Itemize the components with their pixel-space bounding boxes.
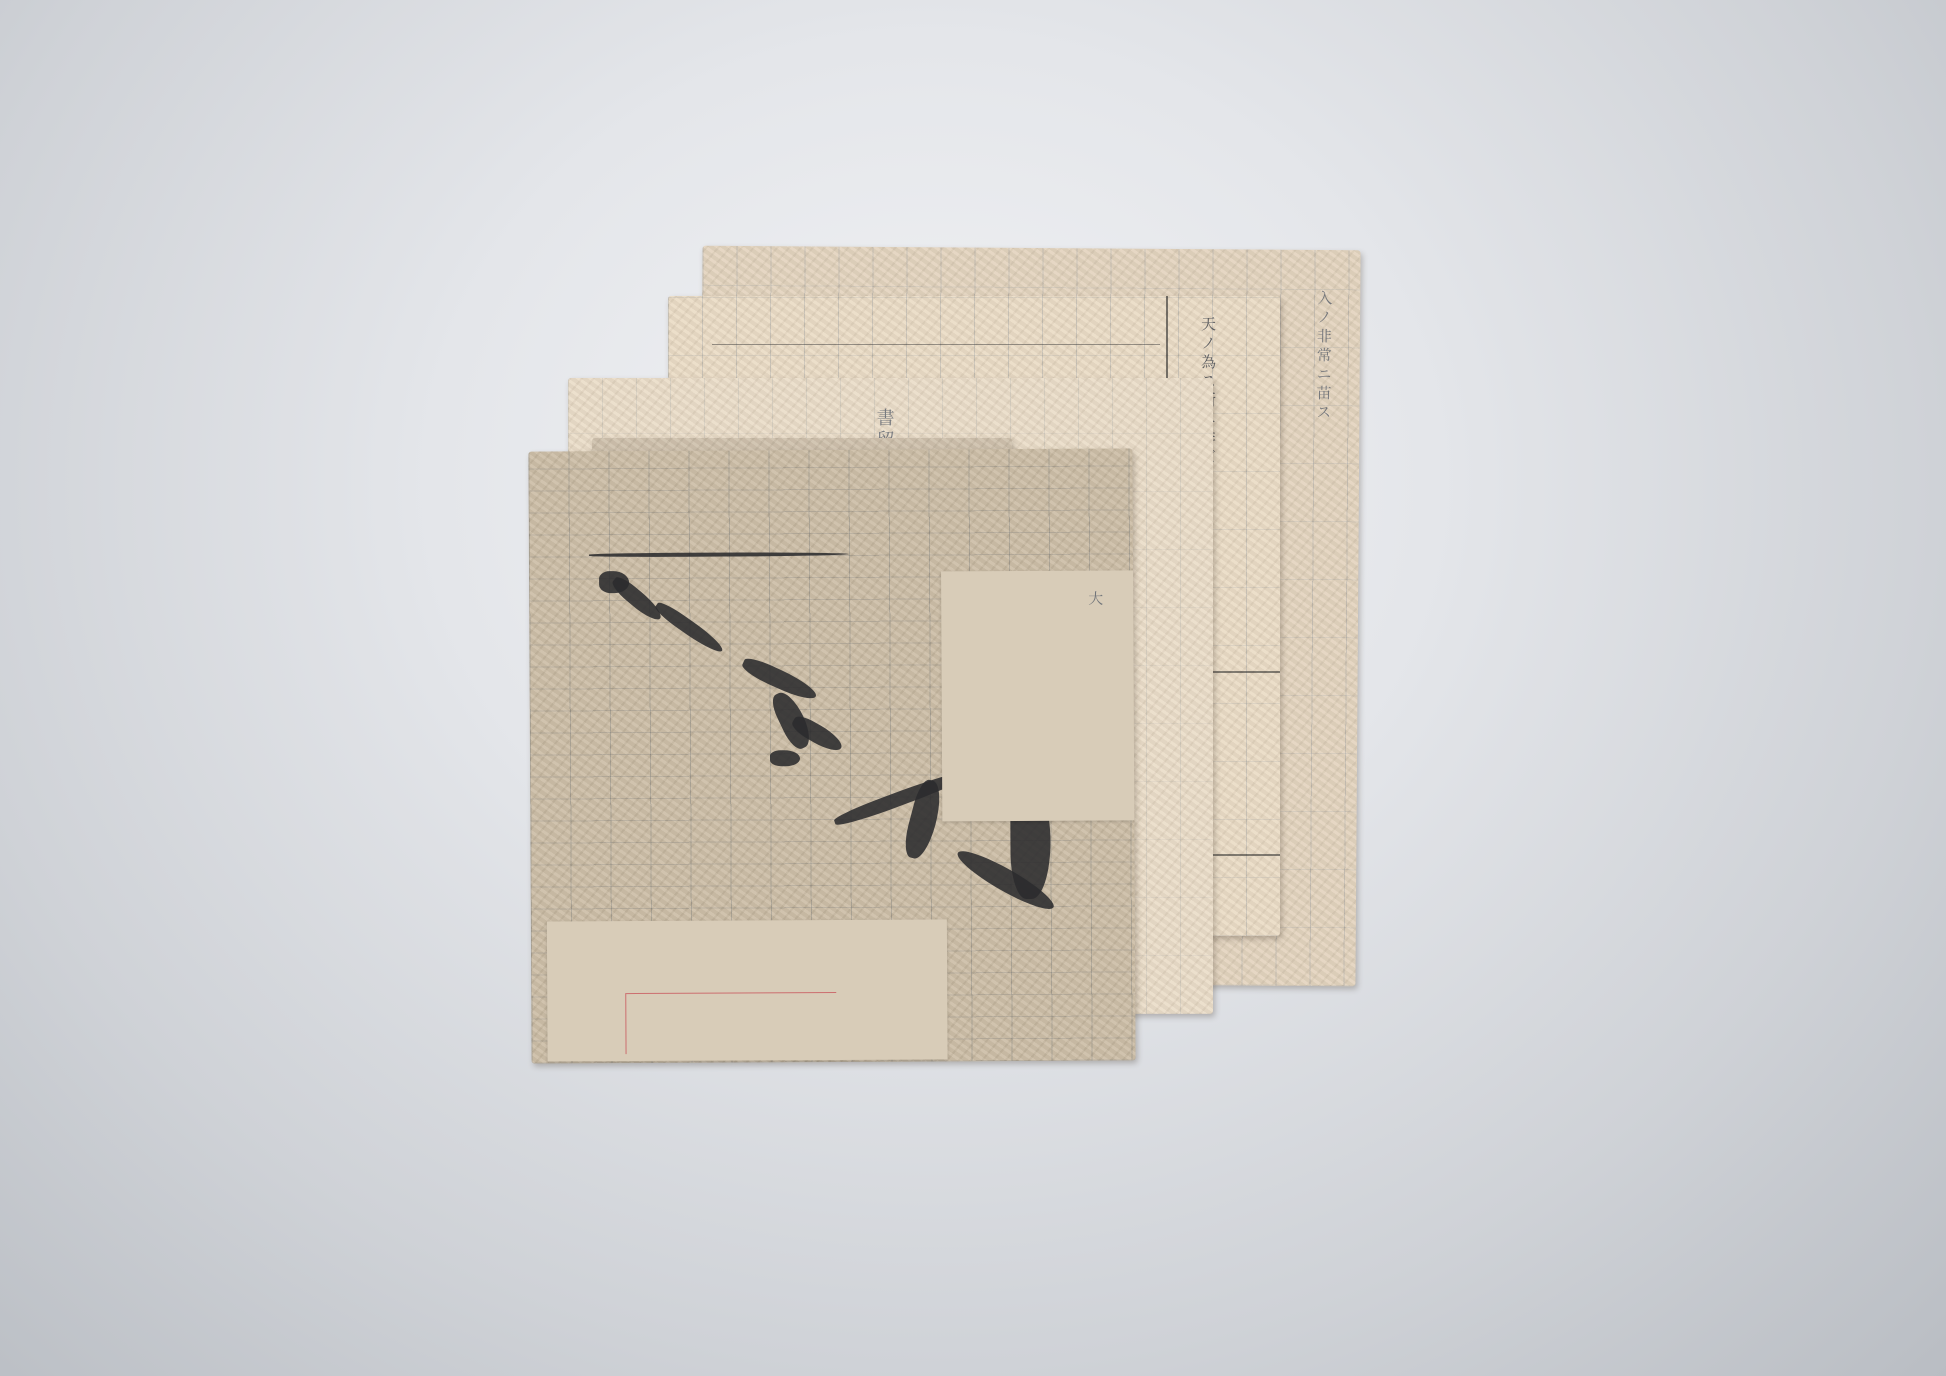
front-document-sheet: 大 xyxy=(528,448,1135,1063)
ink-stroke xyxy=(770,750,800,766)
pasted-label-right: 大 xyxy=(941,570,1136,821)
red-ruled-box xyxy=(625,992,836,1054)
photo-scene: 入ノ非常ニ苗ス 天ノ為ス所ニ非ズ 書留 大 xyxy=(0,0,1946,1376)
pasted-label-bottom xyxy=(547,919,948,1061)
handwritten-column: 入ノ非常ニ苗ス xyxy=(1310,290,1336,423)
